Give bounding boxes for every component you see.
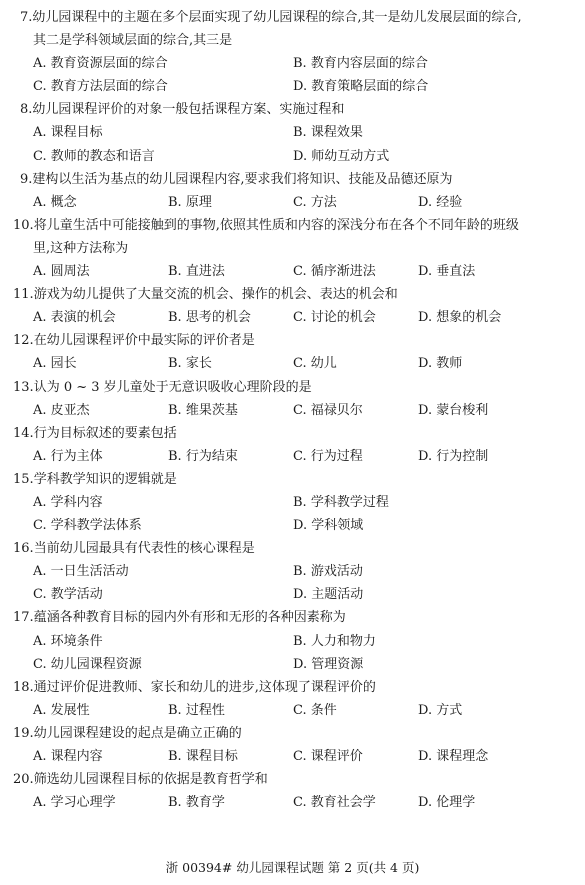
option-b: B. 课程效果 bbox=[293, 121, 363, 144]
exam-page: 7.幼儿园课程中的主题在多个层面实现了幼儿园课程的综合,其一是幼儿发展层面的综合… bbox=[0, 6, 585, 814]
option-b: B. 教育内容层面的综合 bbox=[293, 52, 428, 75]
question-number: 13. bbox=[13, 380, 34, 395]
option-c: C. 幼儿园课程资源 bbox=[33, 653, 142, 676]
option-b: B. 游戏活动 bbox=[293, 560, 363, 583]
question-13: 13.认为 0 ~ 3 岁儿童处于无意识吸收心理阶段的是 A. 皮亚杰B. 维果… bbox=[0, 376, 585, 422]
question-stem: 将儿童生活中可能接触到的事物,依照其性质和内容的深浅分布在各个不同年龄的班级 bbox=[34, 218, 519, 233]
question-number: 19. bbox=[13, 726, 34, 741]
option-c: C. 教育方法层面的综合 bbox=[33, 75, 168, 98]
question-number: 18. bbox=[13, 680, 34, 695]
question-stem: 筛选幼儿园课程目标的依据是教育哲学和 bbox=[34, 772, 268, 787]
question-stem: 建构以生活为基点的幼儿园课程内容,要求我们将知识、技能及品德还原为 bbox=[32, 172, 452, 187]
question-stem: 通过评价促进教师、家长和幼儿的进步,这体现了课程评价的 bbox=[34, 680, 376, 695]
option-b: B. 直进法 bbox=[168, 260, 225, 283]
question-18: 18.通过评价促进教师、家长和幼儿的进步,这体现了课程评价的 A. 发展性B. … bbox=[0, 676, 585, 722]
question-stem: 幼儿园课程评价的对象一般包括课程方案、实施过程和 bbox=[32, 102, 344, 117]
option-c: C. 课程评价 bbox=[293, 745, 363, 768]
question-17: 17.蕴涵各种教育目标的园内外有形和无形的各种因素称为 A. 环境条件B. 人力… bbox=[0, 606, 585, 675]
option-a: A. 环境条件 bbox=[33, 630, 103, 653]
question-14: 14.行为目标叙述的要素包括 A. 行为主体B. 行为结束C. 行为过程D. 行… bbox=[0, 422, 585, 468]
option-d: D. 教育策略层面的综合 bbox=[293, 75, 428, 98]
option-a: A. 圆周法 bbox=[33, 260, 90, 283]
question-number: 11. bbox=[13, 287, 34, 302]
option-d: D. 课程理念 bbox=[418, 745, 488, 768]
question-16: 16.当前幼儿园最具有代表性的核心课程是 A. 一日生活活动B. 游戏活动 C.… bbox=[0, 537, 585, 606]
option-c: C. 学科教学法体系 bbox=[33, 514, 142, 537]
option-d: D. 主题活动 bbox=[293, 583, 363, 606]
question-19: 19.幼儿园课程建设的起点是确立正确的 A. 课程内容B. 课程目标C. 课程评… bbox=[0, 722, 585, 768]
option-b: B. 行为结束 bbox=[168, 445, 238, 468]
option-a: A. 课程目标 bbox=[33, 121, 103, 144]
option-a: A. 一日生活活动 bbox=[33, 560, 129, 583]
question-11: 11.游戏为幼儿提供了大量交流的机会、操作的机会、表达的机会和 A. 表演的机会… bbox=[0, 283, 585, 329]
option-c: C. 行为过程 bbox=[293, 445, 363, 468]
option-d: D. 方式 bbox=[418, 699, 462, 722]
option-b: B. 过程性 bbox=[168, 699, 225, 722]
question-number: 10. bbox=[13, 218, 34, 233]
option-b: B. 人力和物力 bbox=[293, 630, 376, 653]
question-stem: 学科教学知识的逻辑就是 bbox=[34, 472, 177, 487]
option-a: A. 课程内容 bbox=[33, 745, 103, 768]
option-c: C. 讨论的机会 bbox=[293, 306, 376, 329]
option-b: B. 维果茨基 bbox=[168, 399, 238, 422]
option-a: A. 教育资源层面的综合 bbox=[33, 52, 168, 75]
option-b: B. 家长 bbox=[168, 352, 212, 375]
option-a: A. 园长 bbox=[33, 352, 77, 375]
option-d: D. 管理资源 bbox=[293, 653, 363, 676]
option-c: C. 循序渐进法 bbox=[293, 260, 376, 283]
question-stem: 在幼儿园课程评价中最实际的评价者是 bbox=[34, 333, 255, 348]
question-stem: 蕴涵各种教育目标的园内外有形和无形的各种因素称为 bbox=[34, 610, 346, 625]
question-12: 12.在幼儿园课程评价中最实际的评价者是 A. 园长B. 家长C. 幼儿D. 教… bbox=[0, 329, 585, 375]
question-stem: 行为目标叙述的要素包括 bbox=[34, 426, 177, 441]
option-a: A. 概念 bbox=[33, 191, 77, 214]
question-number: 12. bbox=[13, 333, 34, 348]
option-a: A. 发展性 bbox=[33, 699, 90, 722]
question-9: 9.建构以生活为基点的幼儿园课程内容,要求我们将知识、技能及品德还原为 A. 概… bbox=[0, 168, 585, 214]
option-a: A. 表演的机会 bbox=[33, 306, 116, 329]
question-number: 16. bbox=[13, 541, 34, 556]
option-d: D. 蒙台梭利 bbox=[418, 399, 488, 422]
question-number: 9. bbox=[20, 172, 32, 187]
question-number: 8. bbox=[20, 102, 32, 117]
option-a: A. 学习心理学 bbox=[33, 791, 116, 814]
option-d: D. 想象的机会 bbox=[418, 306, 501, 329]
option-c: C. 福禄贝尔 bbox=[293, 399, 363, 422]
question-stem: 游戏为幼儿提供了大量交流的机会、操作的机会、表达的机会和 bbox=[34, 287, 398, 302]
option-b: B. 教育学 bbox=[168, 791, 225, 814]
option-c: C. 条件 bbox=[293, 699, 337, 722]
option-d: D. 教师 bbox=[418, 352, 462, 375]
option-b: B. 思考的机会 bbox=[168, 306, 251, 329]
option-b: B. 课程目标 bbox=[168, 745, 238, 768]
question-number: 14. bbox=[13, 426, 34, 441]
option-a: A. 行为主体 bbox=[33, 445, 103, 468]
option-c: C. 教育社会学 bbox=[293, 791, 376, 814]
question-stem: 幼儿园课程建设的起点是确立正确的 bbox=[34, 726, 242, 741]
question-stem-continued: 里,这种方法称为 bbox=[0, 237, 585, 260]
question-number: 7. bbox=[20, 10, 32, 25]
question-10: 10.将儿童生活中可能接触到的事物,依照其性质和内容的深浅分布在各个不同年龄的班… bbox=[0, 214, 585, 283]
option-d: D. 行为控制 bbox=[418, 445, 488, 468]
option-c: C. 教师的教态和语言 bbox=[33, 145, 155, 168]
question-number: 20. bbox=[13, 772, 34, 787]
option-b: B. 学科教学过程 bbox=[293, 491, 389, 514]
page-footer: 浙 00394# 幼儿园课程试题 第 2 页(共 4 页) bbox=[0, 858, 585, 878]
question-stem: 认为 0 ~ 3 岁儿童处于无意识吸收心理阶段的是 bbox=[34, 380, 312, 395]
question-stem-continued: 其二是学科领域层面的综合,其三是 bbox=[0, 29, 585, 52]
question-8: 8.幼儿园课程评价的对象一般包括课程方案、实施过程和 A. 课程目标B. 课程效… bbox=[0, 98, 585, 167]
option-c: C. 幼儿 bbox=[293, 352, 337, 375]
option-b: B. 原理 bbox=[168, 191, 212, 214]
question-stem: 当前幼儿园最具有代表性的核心课程是 bbox=[34, 541, 255, 556]
option-d: D. 伦理学 bbox=[418, 791, 475, 814]
question-7: 7.幼儿园课程中的主题在多个层面实现了幼儿园课程的综合,其一是幼儿发展层面的综合… bbox=[0, 6, 585, 98]
question-20: 20.筛选幼儿园课程目标的依据是教育哲学和 A. 学习心理学B. 教育学C. 教… bbox=[0, 768, 585, 814]
question-stem: 幼儿园课程中的主题在多个层面实现了幼儿园课程的综合,其一是幼儿发展层面的综合, bbox=[32, 10, 521, 25]
question-number: 17. bbox=[13, 610, 34, 625]
option-d: D. 垂直法 bbox=[418, 260, 475, 283]
option-c: C. 教学活动 bbox=[33, 583, 103, 606]
option-d: D. 经验 bbox=[418, 191, 462, 214]
question-15: 15.学科教学知识的逻辑就是 A. 学科内容B. 学科教学过程 C. 学科教学法… bbox=[0, 468, 585, 537]
option-a: A. 学科内容 bbox=[33, 491, 103, 514]
option-c: C. 方法 bbox=[293, 191, 337, 214]
option-d: D. 学科领域 bbox=[293, 514, 363, 537]
option-a: A. 皮亚杰 bbox=[33, 399, 90, 422]
option-d: D. 师幼互动方式 bbox=[293, 145, 389, 168]
question-number: 15. bbox=[13, 472, 34, 487]
